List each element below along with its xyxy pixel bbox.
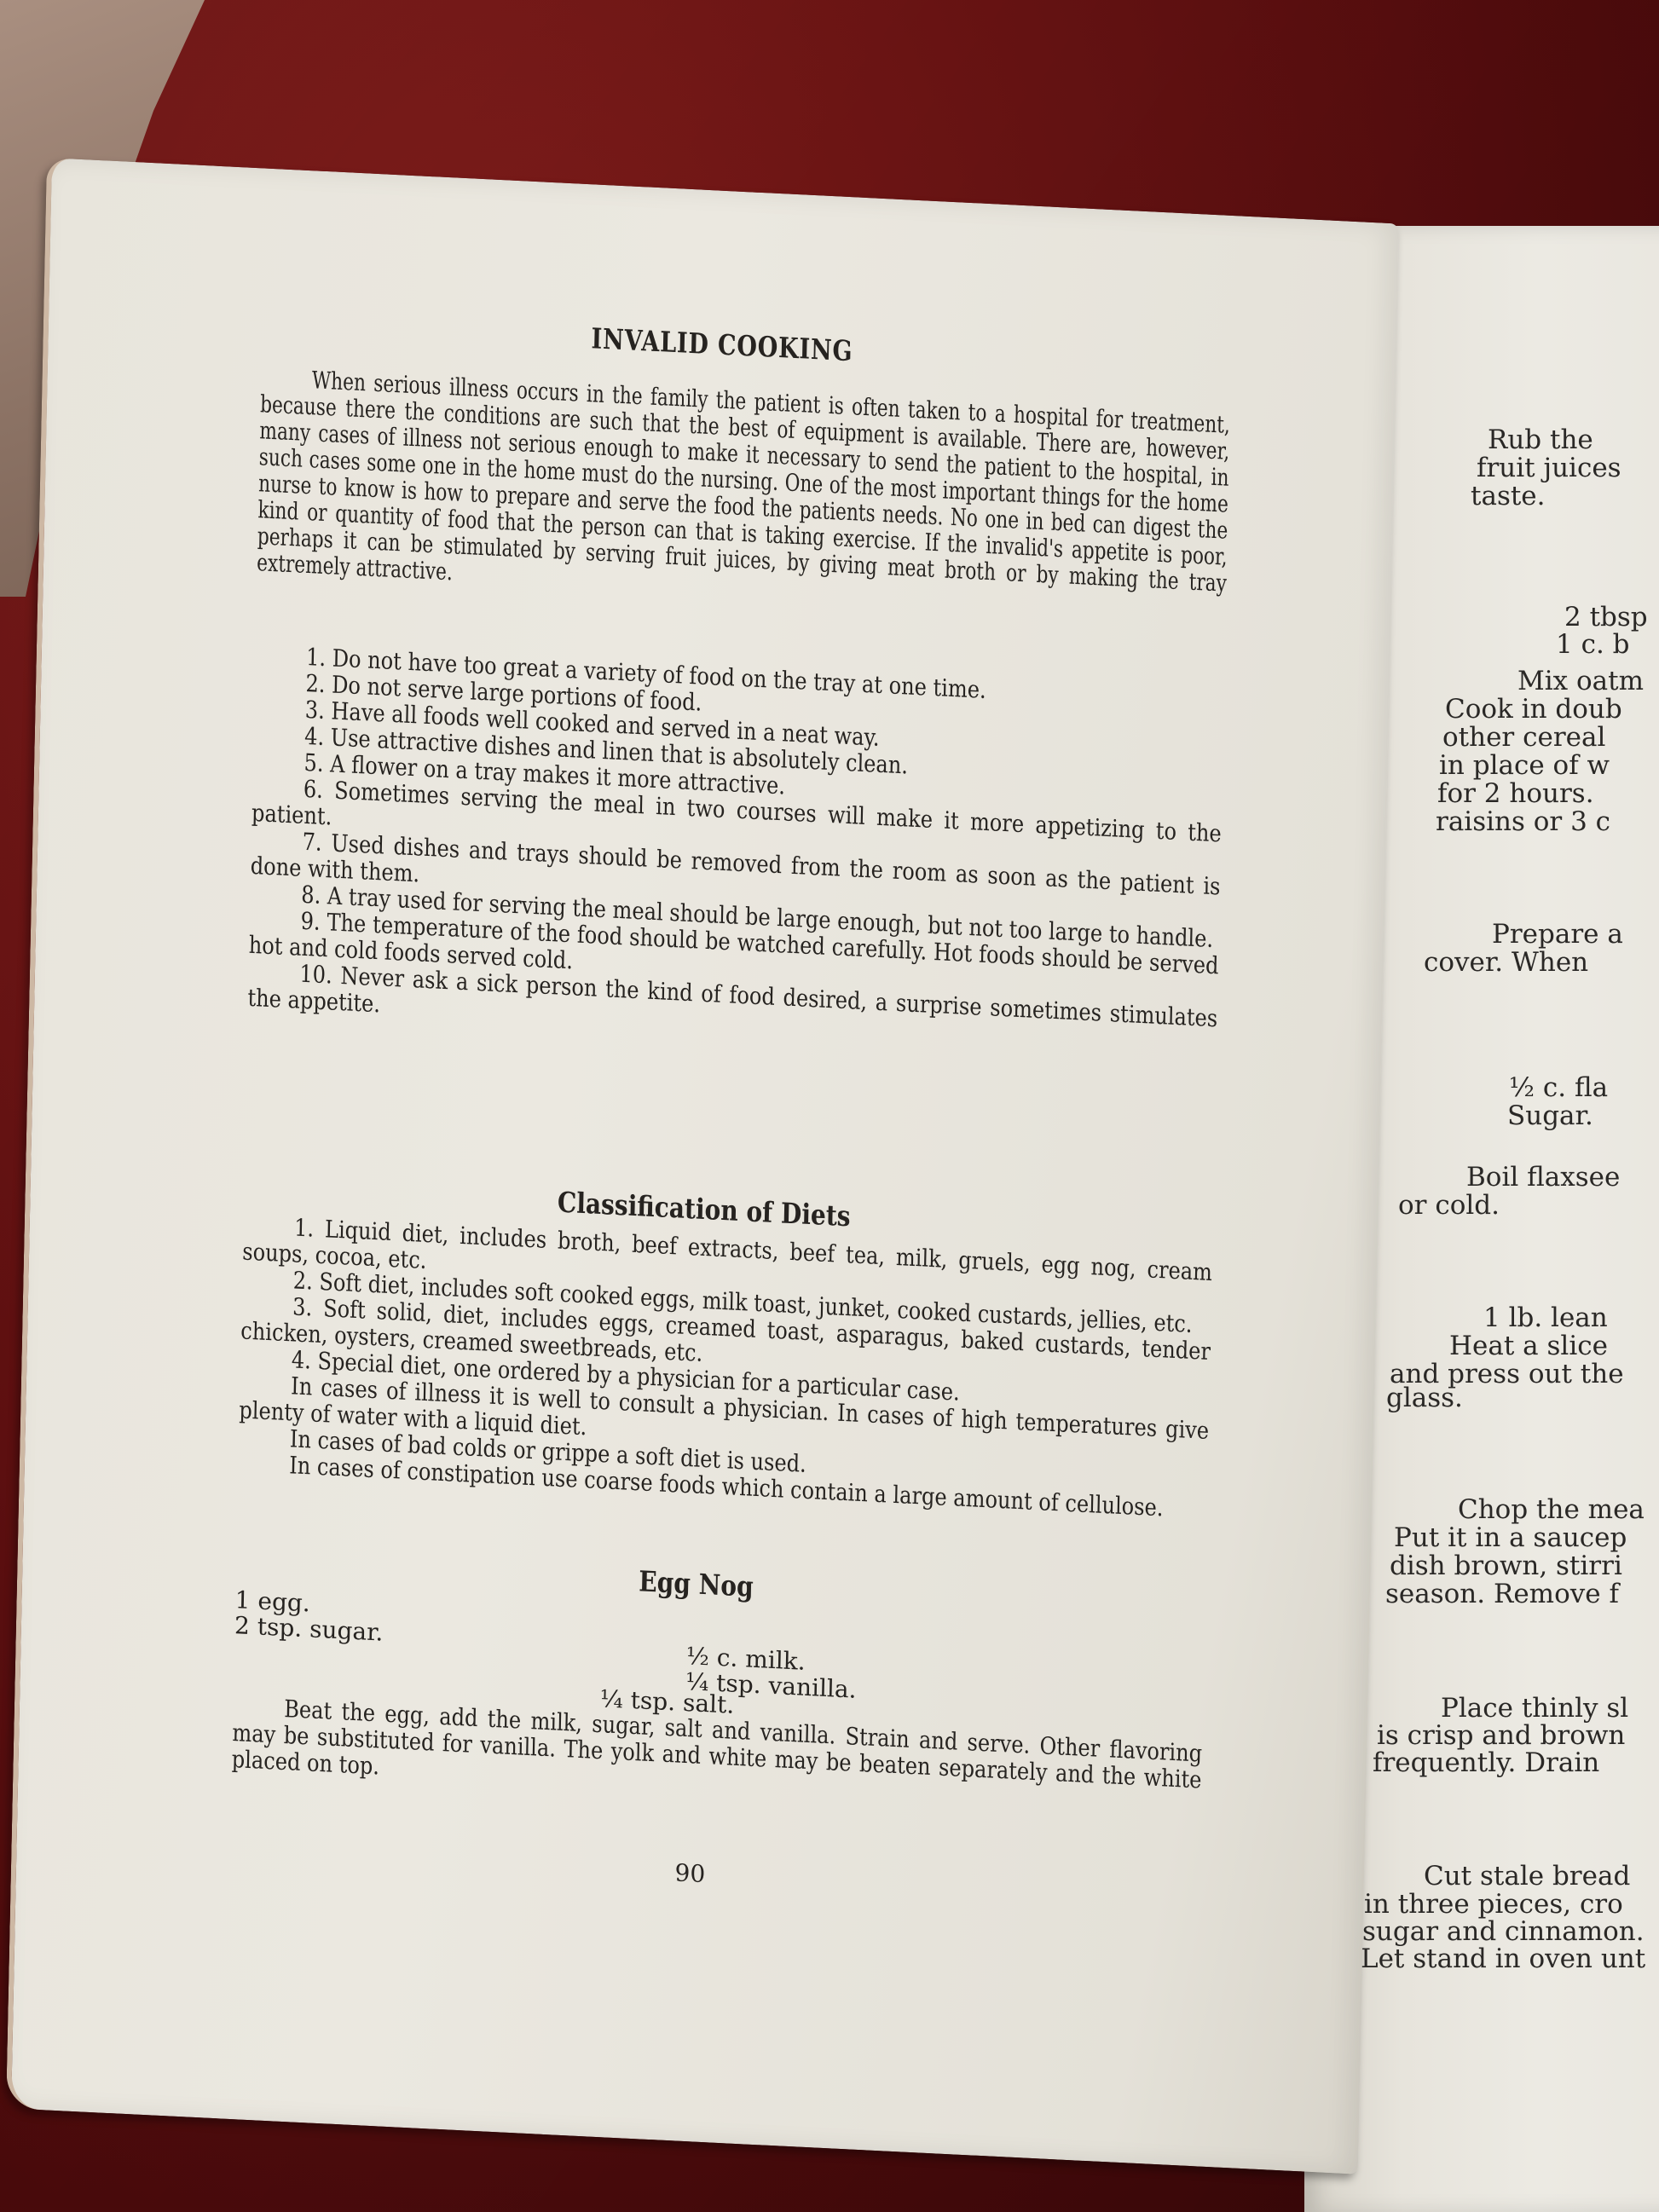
text-line: or cold. <box>1398 1192 1500 1220</box>
text-line: cover. When <box>1424 949 1588 977</box>
text-line: in place of w <box>1439 752 1610 780</box>
text-line: frequently. Drain <box>1373 1749 1599 1777</box>
text-line: sugar and cinnamon. <box>1362 1918 1645 1946</box>
text-line: 2 tbsp <box>1564 604 1648 632</box>
text-line: Put it in a saucep <box>1394 1524 1627 1552</box>
text-line: in three pieces, cro <box>1364 1891 1623 1919</box>
text-line: Cut stale bread <box>1424 1863 1630 1891</box>
text-line: Boil flaxsee <box>1466 1164 1620 1192</box>
text-line: Cook in doub <box>1445 696 1622 724</box>
text-line: Mix oatm <box>1517 667 1644 696</box>
diets-list: 1. Liquid diet, includes broth, beef ext… <box>238 1212 1215 1523</box>
text-line: taste. <box>1471 482 1546 511</box>
text-line: for 2 hours. <box>1437 780 1594 808</box>
intro-paragraph: When serious illness occurs in the famil… <box>257 364 1233 623</box>
text-line: season. Remove f <box>1385 1580 1619 1608</box>
text-line: Rub the <box>1488 426 1593 454</box>
text-line: dish brown, stirri <box>1390 1552 1622 1580</box>
text-line: fruit juices <box>1477 454 1621 482</box>
text-line: raisins or 3 c <box>1436 808 1610 836</box>
text-line: is crisp and brown <box>1377 1722 1625 1750</box>
text-line: Let stand in oven unt <box>1361 1945 1645 1973</box>
left-page: INVALID COOKING When serious illness occ… <box>6 158 1399 2174</box>
text-line: other cereal <box>1442 724 1605 752</box>
text-line: glass. <box>1386 1384 1463 1412</box>
text-line: Place thinly sl <box>1441 1695 1628 1723</box>
page-number: 90 <box>16 1828 1363 1920</box>
left-page-text: INVALID COOKING When serious illness occ… <box>11 158 1399 2174</box>
text-line: 1 c. b <box>1556 631 1630 659</box>
text-line: Prepare a <box>1492 921 1623 949</box>
text-line: Heat a slice <box>1449 1332 1608 1360</box>
text-line: ½ c. fla <box>1509 1074 1608 1102</box>
ingredient: 2 tsp. sugar. <box>234 1612 384 1645</box>
tray-rules-list: 1. Do not have too great a variety of fo… <box>247 641 1227 1058</box>
text-line: Chop the mea <box>1458 1496 1645 1524</box>
text-line: Sugar. <box>1507 1102 1593 1130</box>
text-line: 1 lb. lean <box>1483 1304 1608 1332</box>
open-book: Rub the fruit juices taste. 2 tbsp 1 c. … <box>0 0 1659 2212</box>
